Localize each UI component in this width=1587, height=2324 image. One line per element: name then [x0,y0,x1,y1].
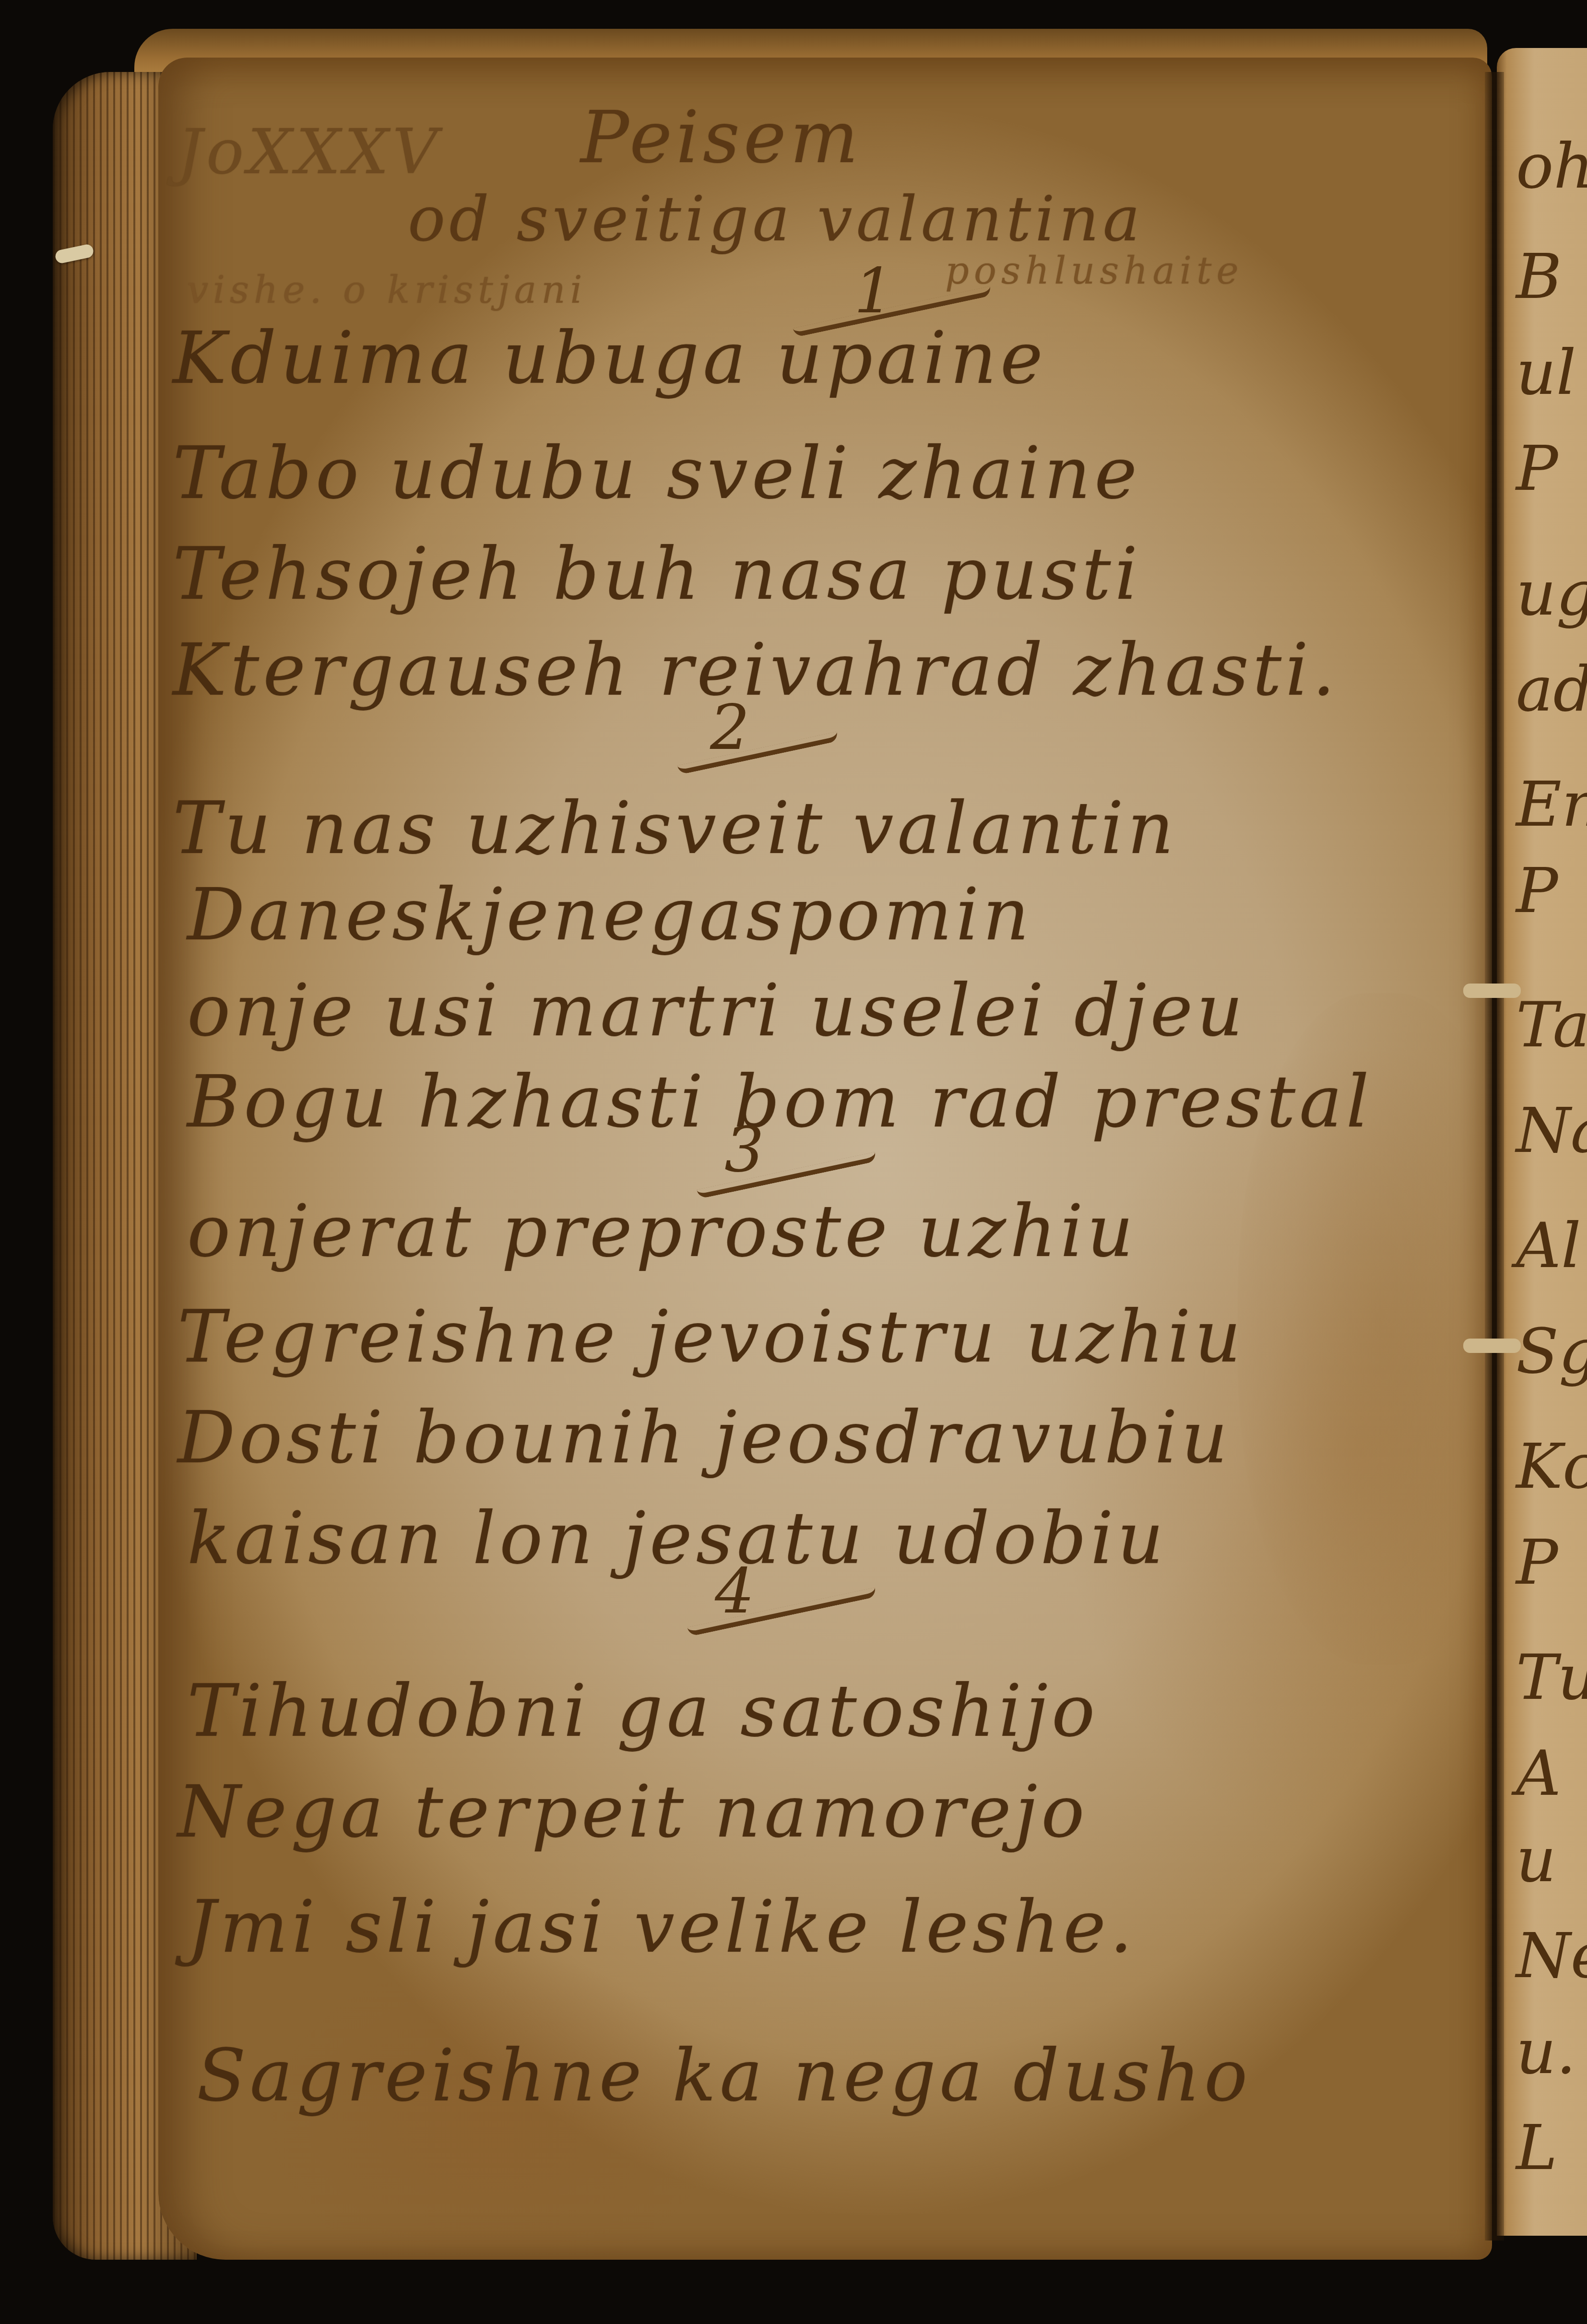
facing-fragment: Tu [1516,1641,1587,1714]
verse-line: Daneskjenegaspomin [187,873,1033,957]
facing-page: oh B ul P ug ad En P Ta Na Al Sg Kc P Tu… [1497,48,1587,2236]
facing-fragment: u [1516,1823,1556,1896]
verse-line: Tihudobni ga satoshijo [187,1670,1099,1753]
facing-fragment: ug [1516,557,1587,629]
verse-line: onje usi martri uselei djeu [187,969,1247,1053]
melody-note: vishe. o kristjani [187,269,587,312]
facing-fragment: L [1516,2111,1557,2184]
facing-fragment: P [1516,854,1558,927]
verse-line: Tu nas uzhisveit valantin [173,787,1178,870]
verse-line: Tabo udubu sveli zhaine [173,432,1141,515]
verse-line: Jmi sli jasi velike leshe. [187,1885,1137,1969]
facing-fragment: Al [1516,1209,1581,1282]
verse-line: Sagreishne ka nega dusho [197,2034,1251,2118]
verse-line: Kduima ubuga upaine [173,317,1047,400]
facing-fragment: En [1516,768,1587,841]
verse-number: 3 [724,1113,764,1186]
facing-fragment: Na [1516,1094,1587,1167]
facing-fragment: Ta [1516,988,1587,1061]
facing-fragment: ad [1516,652,1587,725]
facing-fragment: ul [1516,336,1576,409]
verse-line: Nega terpeit namorejo [178,1770,1089,1854]
verse-line: Tehsojeh buh nasa pusti [173,533,1142,616]
verse-number-underline [677,732,839,775]
verse-line: kaisan lon jesatu udobiu [187,1497,1167,1580]
facing-fragment: B [1516,240,1562,313]
manuscript-photo: oh B ul P ug ad En P Ta Na Al Sg Kc P Tu… [0,0,1587,2324]
hymn-subtitle: od sveitiga valantina [408,182,1144,255]
verse-line: Dosti bounih jeosdravubiu [178,1396,1232,1480]
verse-line: onjerat preproste uzhiu [187,1190,1137,1273]
facing-fragment: Ne [1516,1919,1587,1992]
hymn-title: Peisem [580,96,862,179]
book-gutter [1485,72,1504,2241]
facing-fragment: P [1516,1526,1558,1599]
facing-fragment: oh [1516,130,1587,202]
verse-line: Bogu hzhasti bom rad prestal [187,1060,1373,1144]
manuscript-page: JoXXXV Peisem od sveitiga valantina vish… [158,58,1492,2260]
facing-fragment: u. [1516,2015,1576,2088]
binding-thread [1463,1339,1521,1353]
facing-fragment: Kc [1516,1430,1587,1503]
binding-thread [1463,984,1521,998]
verse-line: Ktergauseh reivahrad zhasti. [173,628,1339,712]
facing-fragment: A [1516,1737,1561,1810]
facing-fragment: P [1516,432,1558,505]
verse-line: Tegreishne jevoistru uzhiu [178,1295,1245,1379]
facing-fragment: Sg [1516,1315,1587,1387]
page-mark: JoXXXV [178,115,441,188]
